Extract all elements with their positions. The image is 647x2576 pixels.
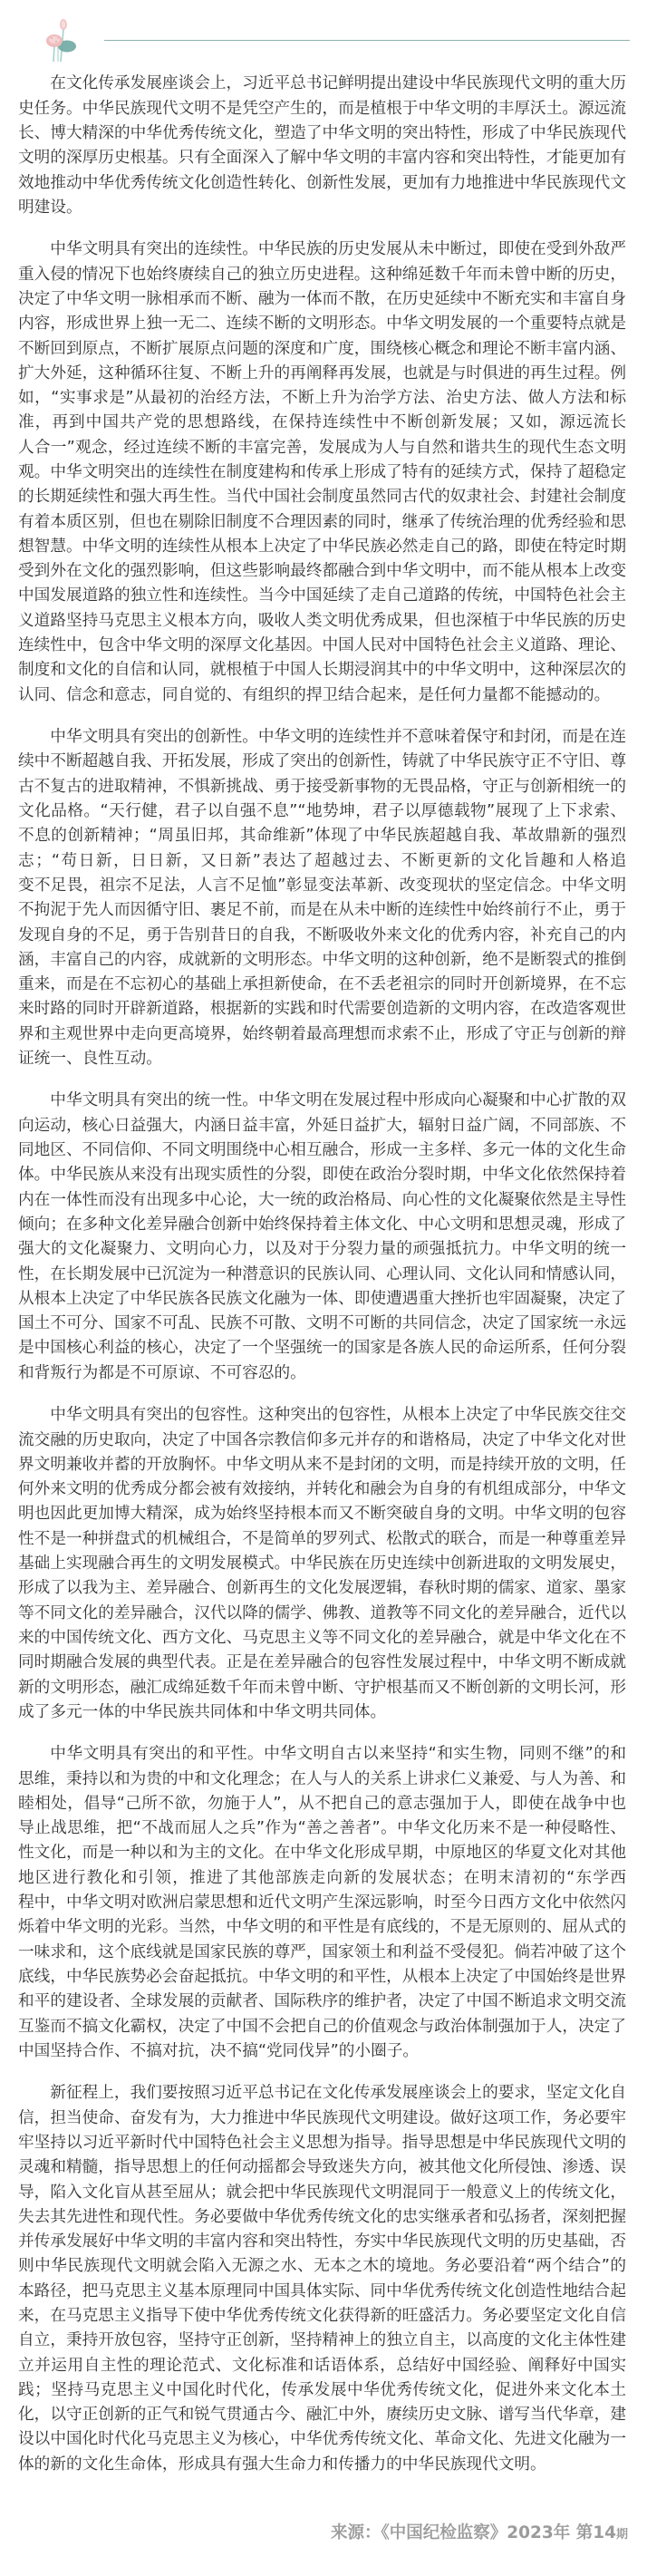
text-line: 续中不断超越自我、开拓发展，形成了突出的创新性，铸就了中华民族守正不守旧、尊 (18, 750, 626, 774)
text-line: 性，在长期发展中已沉淀为一种潜意识的民族认同、心理认同、文化认同和情感认同， (18, 1263, 626, 1287)
text-line: 本路径，把马克思主义基本原理同中国具体实际、同中华优秀传统文化创造性地结合起 (18, 2280, 626, 2304)
text-line: 新的文明形态，融汇成绵延数千年而未曾中断、守护根基而又不断创新的文明长河，形 (18, 1676, 626, 1700)
text-line: 重来，而是在不忘初心的基础上承担新使命，在不丢老祖宗的同时开创新境界，在不忘 (18, 973, 626, 997)
text-line: 义道路坚持马克思主义根本方向，吸收人类文明优秀成果，但也深植于中华民族的历史 (18, 609, 626, 634)
text-line: 中华文明具有突出的统一性。中华文明在发展过程中形成向心凝聚和中心扩散的双 (18, 1089, 626, 1113)
article-page: 在文化传承发展座谈会上，习近平总书记鲜明提出建设中华民族现代文明的重大历史任务。… (0, 0, 647, 2576)
text-line: 准，再到中国共产党的思想路线，在保持连续性中不断创新发展；又如，源远流长的“天 (18, 411, 626, 435)
text-line: 导，陷入文化盲从甚至屈从；就会把中华民族现代文明混同于一般意义上的传统文化， (18, 2181, 626, 2205)
text-line: 来时路的同时开辟新道路，根据新的实践和时代需要创造新的文明内容，在改造客观世 (18, 997, 626, 1022)
source-label: 来源： (331, 2523, 381, 2542)
text-line: 倾向；在多种文化差异融合创新中始终保持着主体文化、中心文明和思想灵魂，形成了 (18, 1213, 626, 1237)
text-line: 和平的建设者、全球发展的贡献者、国际秩序的维护者，决定了中国不断追求文明交流 (18, 1990, 626, 2014)
paragraph-peace: 中华文明具有突出的和平性。中华文明自古以来坚持“和实生物，同则不继”的和合思维，… (18, 1742, 626, 2064)
text-line: 体。中华民族从来没有出现实质性的分裂，即使在政治分裂时期，中华文化依然保持着 (18, 1163, 626, 1187)
text-line: 化，以守正创新的正气和锐气贯通古今、融汇中外，赓续历史文脉、谱写当代华章，建 (18, 2403, 626, 2427)
text-line: 设以中国化时代化马克思主义为核心，中华优秀传统文化、革命文化、先进文化融为一 (18, 2427, 626, 2452)
text-line: 性不是一种拼盘式的机械组合，不是简单的罗列式、松散式的联合，而是一种尊重差异 (18, 1527, 626, 1552)
text-line: 内容，形成世界上独一无二、连续不断的文明形态。中华文明发展的一个重要特点就是 (18, 312, 626, 336)
text-line: 明建设。 (18, 196, 626, 220)
text-line: 导止战思维，把“不战而屈人之兵”作为“善之善者”。中华文化历来不是一种侵略性、攻… (18, 1816, 626, 1841)
text-line: 底线，中华民族势必会奋起抵抗。中华文明的和平性，从根本上决定了中国始终是世界 (18, 1965, 626, 1990)
text-line: 性文化，而是一种以和为主的文化。在中华文化形成早期，中原地区的华夏文化对其他 (18, 1841, 626, 1865)
article-body: 在文化传承发展座谈会上，习近平总书记鲜明提出建设中华民族现代文明的重大历史任务。… (18, 72, 626, 2494)
text-line: 证统一、良性互动。 (18, 1047, 626, 1071)
text-line: 界文明兼收并蓄的开放胸怀。中华文明从来不是封闭的文明，而是持续开放的文明，任 (18, 1453, 626, 1477)
text-line: 受到外在文化的强烈影响，但这些影响最终都融合到中华文明中，而不能从根本上改变 (18, 559, 626, 584)
text-line: 一味求和，这个底线就是国家民族的尊严，国家领土和利益不受侵犯。倘若冲破了这个 (18, 1941, 626, 1965)
text-line: 烁着中华文明的光彩。当然，中华文明的和平性是有底线的，不是无原则的、屈从式的 (18, 1915, 626, 1940)
text-line: 文化品格。“天行健，君子以自强不息”“地势坤，君子以厚德载物”展现了上下求索、自… (18, 799, 626, 824)
text-line: 形成了以我为主、差异融合、创新再生的文化发展逻辑，春秋时期的儒家、道家、墨家 (18, 1576, 626, 1601)
text-line: 从根本上决定了中华民族各民族文化融为一体、即使遭遇重大挫折也牢固凝聚，决定了 (18, 1287, 626, 1312)
text-line: 古不复古的进取精神，不惧新挑战、勇于接受新事物的无畏品格，守正与创新相统一的 (18, 775, 626, 799)
text-line: 长、博大精深的中华优秀传统文化，塑造了中华文明的突出特性，形成了中华民族现代 (18, 121, 626, 146)
paragraph-unity: 中华文明具有突出的统一性。中华文明在发展过程中形成向心凝聚和中心扩散的双向运动，… (18, 1089, 626, 1386)
paragraph-inclusiveness: 中华文明具有突出的包容性。这种突出的包容性，从根本上决定了中华民族交往交流交融的… (18, 1403, 626, 1725)
text-line: 信，担当使命、奋发有为，大力推进中华民族现代文明建设。做好这项工作，务必要牢 (18, 2106, 626, 2131)
text-line: 同地区、不同信仰、不同文明围绕中心相互融合，形成一主多样、多元一体的文化生命 (18, 1138, 626, 1163)
text-line: 强大的文化凝聚力、文明向心力，以及对于分裂力量的顽强抵抗力。中华文明的统一 (18, 1237, 626, 1262)
source-publication: 《中国纪检监察》 (381, 2523, 507, 2542)
text-line: 睦相处，倡导“己所不欲，勿施于人”，从不把自己的意志强加于人，即使在战争中也倡 (18, 1792, 626, 1816)
text-line: 重入侵的情况下也始终赓续自己的独立历史进程。这种绵延数千年而未曾中断的历史， (18, 263, 626, 287)
text-line: 扩大外延，这种循环往复、不断上升的再阐释再发展，也就是与时俱进的再生过程。例 (18, 362, 626, 386)
text-line: 失去其先进性和现代性。务必要做中华优秀传统文化的忠实继承者和弘扬者，深刻把握 (18, 2205, 626, 2230)
text-line: 流交融的历史取向，决定了中国各宗教信仰多元并存的和谐格局，决定了中华文化对世 (18, 1428, 626, 1453)
text-line: 人合一”观念，经过连续不断的丰富完善，发展成为人与自然和谐共生的现代生态文明 (18, 436, 626, 460)
source-issue-suffix: 期 (616, 2528, 628, 2542)
text-line: 想智慧。中华文明的连续性从根本上决定了中华民族必然走自己的路，即使在特定时期 (18, 535, 626, 559)
text-line: 灵魂和精髓，指导思想上的任何动摇都会导致迷失方向，被其他文化所侵蚀、渗透、误 (18, 2155, 626, 2180)
paragraph-intro: 在文化传承发展座谈会上，习近平总书记鲜明提出建设中华民族现代文明的重大历史任务。… (18, 72, 626, 220)
text-line: 同时期融合发展的典型代表。正是在差异融合的包容性发展过程中，中华文明不断成就 (18, 1651, 626, 1675)
text-line: 内在一体性而没有出现多中心论，大一统的政治格局、向心性的文化凝聚依然是主导性 (18, 1188, 626, 1213)
source-issue: 第14 (576, 2523, 616, 2542)
paragraph-conclusion: 新征程上，我们要按照习近平总书记在文化传承发展座谈会上的要求，坚定文化自信，担当… (18, 2081, 626, 2477)
text-line: 有着本质区别，但也在剔除旧制度不合理因素的同时，继承了传统治理的优秀经验和思 (18, 510, 626, 535)
text-line: 来的中国传统文化、西方文化、马克思主义等不同文化的差异融合，就是中华文化在不 (18, 1626, 626, 1651)
text-line: 国土不可分、国家不可乱、民族不可散、文明不可断的共同信念，决定了国家统一永远 (18, 1312, 626, 1336)
text-line: 新征程上，我们要按照习近平总书记在文化传承发展座谈会上的要求，坚定文化自 (18, 2081, 626, 2106)
text-line: 中国发展道路的独立性和连续性。当今中国延续了走自己道路的传统，中国特色社会主 (18, 584, 626, 608)
text-line: 发现自身的不足，勇于告别昔日的自我，不断吸收外来文化的优秀内容，补充自己的内 (18, 924, 626, 948)
text-line: 践；坚持马克思主义中国化时代化，传承发展中华优秀传统文化，促进外来文化本土 (18, 2378, 626, 2403)
text-line: 向运动，核心日益强大，内涵日益丰富，外延日益扩大，辐射日益广阔，不同部族、不 (18, 1114, 626, 1138)
header-divider (104, 40, 630, 41)
text-line: 中国坚持合作、不搞对抗，决不搞“党同伐异”的小圈子。 (18, 2039, 626, 2064)
lotus-icon (43, 16, 80, 65)
text-line: 不断回到原点，不断扩展原点问题的深度和广度，围绕核心概念和理论不断丰富内涵、 (18, 337, 626, 362)
text-line: 则中华民族现代文明就会陷入无源之水、无本之木的境地。务必要沿着“两个结合”的根 (18, 2254, 626, 2279)
text-line: 来，在马克思主义指导下使中华优秀传统文化获得新的旺盛活力。务必要坚定文化自信 (18, 2304, 626, 2329)
text-line: 体的新的文化生命体，形成具有强大生命力和传播力的中华民族现代文明。 (18, 2453, 626, 2477)
paragraph-innovation: 中华文明具有突出的创新性。中华文明的连续性并不意味着保守和封闭，而是在连续中不断… (18, 725, 626, 1071)
text-line: 变不足畏，祖宗不足法，人言不足恤”彰显变法革新、改变现状的坚定信念。中华文明绝 (18, 874, 626, 898)
text-line: 成了多元一体的中华民族共同体和中华文明共同体。 (18, 1700, 626, 1725)
text-line: 互鉴而不搞文化霸权，决定了中国不会把自己的价值观念与政治体制强加于人，决定了 (18, 2015, 626, 2039)
text-line: 并传承发展好中华文明的丰富内容和突出特性，夯实中华民族现代文明的历史基础，否 (18, 2230, 626, 2254)
text-line: 中华文明具有突出的创新性。中华文明的连续性并不意味着保守和封闭，而是在连 (18, 725, 626, 750)
text-line: 程中，中华文明对欧洲启蒙思想和近代文明产生深远影响，时至今日西方文化中依然闪 (18, 1891, 626, 1915)
text-line: 志；“苟日新，日日新，又日新”表达了超越过去、不断更新的文化旨趣和人格追求；“天 (18, 849, 626, 874)
text-line: 是中国核心利益的核心，决定了一个坚强统一的国家是各族人民的命运所系，任何分裂 (18, 1336, 626, 1361)
text-line: 立并运用自主性的理论范式、文化标准和话语体系，总结好中国经验、阐释好中国实 (18, 2354, 626, 2378)
text-line: 不息的创新精神；“周虽旧邦，其命维新”体现了中华民族超越自我、革故鼎新的强烈意 (18, 824, 626, 848)
text-line: 决定了中华文明一脉相承而不断、融为一体而不散，在历史延续中不断充实和丰富自身 (18, 287, 626, 312)
paragraph-continuity: 中华文明具有突出的连续性。中华民族的历史发展从未中断过，即使在受到外敌严重入侵的… (18, 237, 626, 708)
text-line: 文明的深厚历史根基。只有全面深入了解中华文明的丰富内容和突出特性，才能更加有 (18, 146, 626, 170)
text-line: 牢坚持以习近平新时代中国特色社会主义思想为指导。指导思想是中华民族现代文明的 (18, 2131, 626, 2155)
text-line: 中华文明具有突出的和平性。中华文明自古以来坚持“和实生物，同则不继”的和合 (18, 1742, 626, 1767)
source-year: 2023年 (507, 2523, 570, 2542)
text-line: 明也因此更加博大精深，成为始终坚持根本而又不断突破自身的文明。中华文明的包容 (18, 1502, 626, 1526)
text-line: 连续性中，包含中华文明的深厚文化基因。中国人民对中国特色社会主义道路、理论、 (18, 634, 626, 658)
text-line: 等不同文化的差异融合，汉代以降的儒学、佛教、道教等不同文化的差异融合，近代以 (18, 1602, 626, 1626)
text-line: 制度和文化的自信和认同，就根植于中国人长期浸润其中的中华文明中，这种深层次的 (18, 658, 626, 683)
text-line: 中华文明具有突出的包容性。这种突出的包容性，从根本上决定了中华民族交往交 (18, 1403, 626, 1428)
text-line: 自立，秉持开放包容，坚持守正创新，坚持精神上的独立自主，以高度的文化主体性建 (18, 2329, 626, 2353)
text-line: 涵，丰富自己的内容，成就新的文明形态。中华文明的这种创新，绝不是断裂式的推倒 (18, 948, 626, 973)
text-line: 中华文明具有突出的连续性。中华民族的历史发展从未中断过，即使在受到外敌严 (18, 237, 626, 262)
text-line: 地区进行教化和引领，推进了其他部族走向新的发展状态；在明末清初的“东学西渐”过 (18, 1866, 626, 1891)
text-line: 基础上实现融合再生的文明发展模式。中华民族在历史连续中创新进取的文明发展史， (18, 1552, 626, 1576)
source-credit: 来源：《中国纪检监察》2023年 第14期 (331, 2522, 628, 2547)
text-line: 如，“实事求是”从最初的治经方法，不断上升为治学方法、治史方法、做人方法和标 (18, 386, 626, 411)
text-line: 的长期延续性和强大再生性。当代中国社会制度虽然同古代的奴隶社会、封建社会制度 (18, 485, 626, 509)
text-line: 和背叛行为都是不可原谅、不可容忍的。 (18, 1361, 626, 1386)
text-line: 何外来文明的优秀成分都会被有效接纳，并转化和融会为自身的有机组成部分，中华文 (18, 1477, 626, 1502)
text-line: 思维，秉持以和为贵的中和文化理念；在人与人的关系上讲求仁义兼爱、与人为善、和 (18, 1767, 626, 1792)
text-line: 不拘泥于先人而因循守旧、裹足不前，而是在从未中断的连续性中始终前行不止，勇于 (18, 898, 626, 923)
text-line: 史任务。中华民族现代文明不是凭空产生的，而是植根于中华文明的丰厚沃土。源远流 (18, 97, 626, 121)
text-line: 效地推动中华优秀传统文化创造性转化、创新性发展，更加有力地推进中华民族现代文 (18, 171, 626, 196)
text-line: 观。中华文明突出的连续性在制度建构和传承上形成了特有的延续方式，保持了超稳定 (18, 460, 626, 485)
text-line: 在文化传承发展座谈会上，习近平总书记鲜明提出建设中华民族现代文明的重大历 (18, 72, 626, 96)
text-line: 认同、信念和意志，同自觉的、有组织的捍卫结合起来，是任何力量都不能撼动的。 (18, 683, 626, 708)
text-line: 界和主观世界中走向更高境界，始终朝着最高理想而求索不止，形成了守正与创新的辩 (18, 1022, 626, 1047)
